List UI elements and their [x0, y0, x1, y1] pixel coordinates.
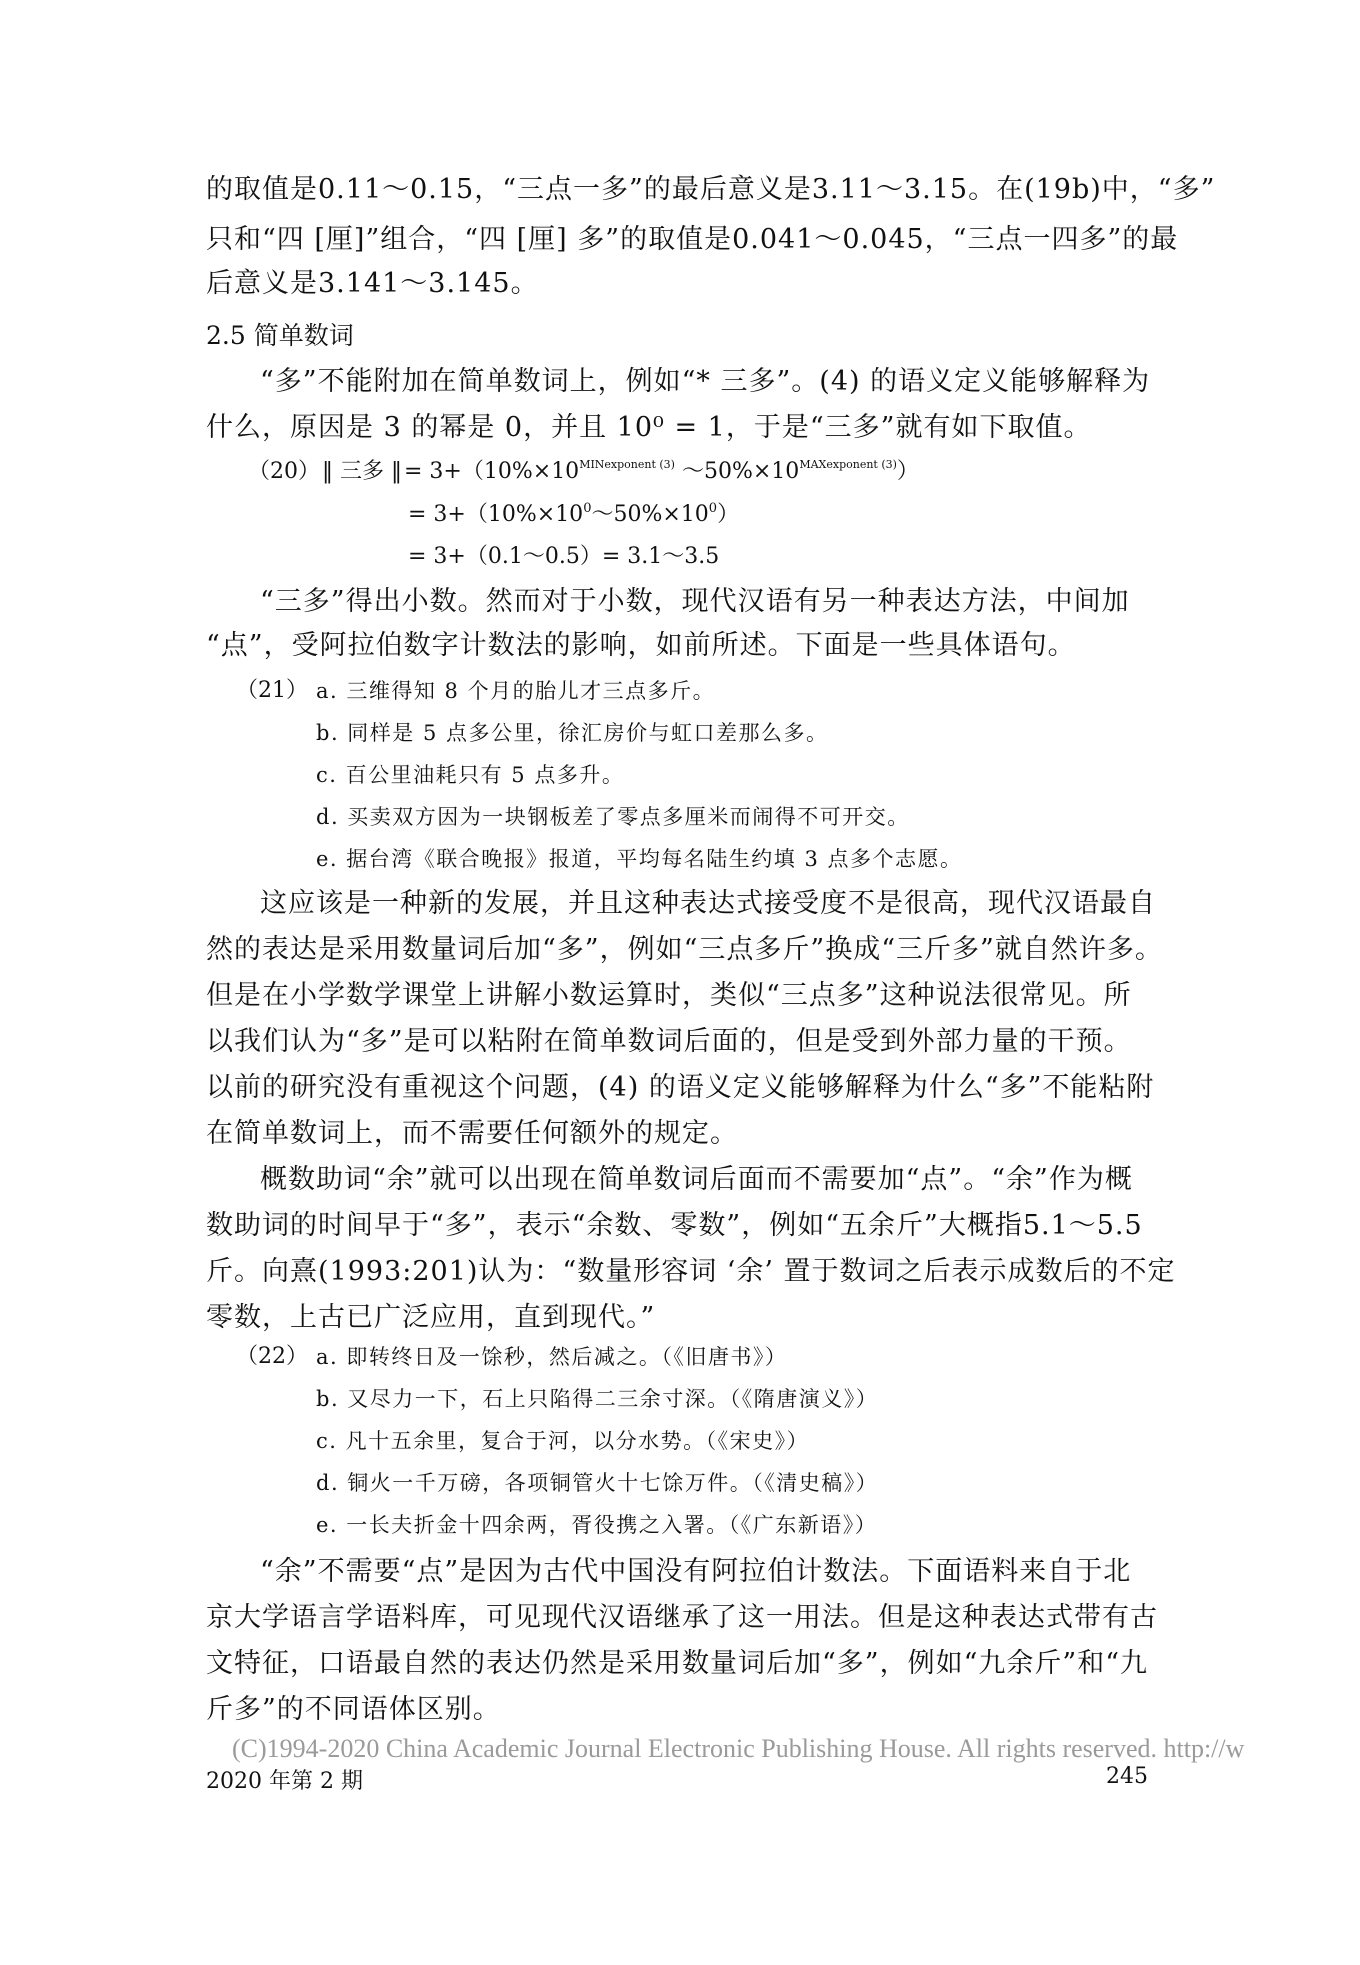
example-item: c. 凡十五余里，复合于河，以分水势。（《宋史》）	[316, 1426, 809, 1456]
text-line: “多”不能附加在简单数词上，例如“* 三多”。(4) 的语义定义能够解释为	[260, 362, 1152, 402]
text-line: 京大学语言学语料库，可见现代汉语继承了这一用法。但是这种表达式带有古	[206, 1598, 1152, 1638]
text-line: 后意义是3.141～3.145。	[206, 264, 1152, 304]
journal-issue: 2020 年第 2 期	[206, 1764, 363, 1795]
formula-line-1: = 3+（10%×10MINexponent (3) ～50%×10MAXexp…	[404, 457, 919, 487]
text-line: 以我们认为“多”是可以粘附在简单数词后面的，但是受到外部力量的干预。	[206, 1022, 1152, 1062]
example-item: b. 同样是 5 点多公里，徐汇房价与虹口差那么多。	[316, 718, 829, 748]
text-line: 数助词的时间早于“多”，表示“余数、零数”，例如“五余斤”大概指5.1～5.5	[206, 1206, 1152, 1246]
text-line: 在简单数词上，而不需要任何额外的规定。	[206, 1114, 1152, 1154]
document-page: 的取值是0.11～0.15，“三点一多”的最后意义是3.11～3.15。在(19…	[0, 0, 1360, 1965]
text-line: 的取值是0.11～0.15，“三点一多”的最后意义是3.11～3.15。在(19…	[206, 170, 1152, 210]
formula-line-3: = 3+（0.1～0.5）= 3.1～3.5	[408, 542, 719, 572]
text-line: 以前的研究没有重视这个问题，(4) 的语义定义能够解释为什么“多”不能粘附	[206, 1068, 1152, 1108]
text-line: 文特征，口语最自然的表达仍然是采用数量词后加“多”，例如“九余斤”和“九	[206, 1644, 1152, 1684]
example-item: e. 一长夫折金十四余两，胥役携之入署。（《广东新语》）	[316, 1510, 877, 1540]
text-line: 但是在小学数学课堂上讲解小数运算时，类似“三点多”这种说法很常见。所	[206, 976, 1152, 1016]
example-number: （21）	[236, 676, 308, 706]
text-line: “余”不需要“点”是因为古代中国没有阿拉伯计数法。下面语料来自于北	[260, 1552, 1152, 1592]
example-item: d. 买卖双方因为一块钢板差了零点多厘米而闹得不可开交。	[316, 802, 910, 832]
formula-line-2: = 3+（10%×100～50%×100）	[408, 500, 739, 530]
text-line: 概数助词“余”就可以出现在简单数词后面而不需要加“点”。“余”作为概	[260, 1160, 1152, 1200]
example-item: a. 即转终日及一馀秒，然后减之。（《旧唐书》）	[316, 1342, 787, 1372]
example-number: （20）	[248, 457, 320, 487]
example-item: c. 百公里油耗只有 5 点多升。	[316, 760, 624, 790]
section-heading: 2.5 简单数词	[206, 318, 354, 354]
example-item: e. 据台湾《联合晚报》报道，平均每名陆生约填 3 点多个志愿。	[316, 844, 963, 874]
example-item: d. 铜火一千万磅，各项铜管火十七馀万件。（《清史稿》）	[316, 1468, 878, 1498]
formula-lhs: ‖ 三多 ‖	[322, 457, 402, 487]
text-line: 斤多”的不同语体区别。	[206, 1690, 1152, 1730]
example-item: a. 三维得知 8 个月的胎儿才三点多斤。	[316, 676, 715, 706]
text-line: “点”，受阿拉伯数字计数法的影响，如前所述。下面是一些具体语句。	[206, 626, 1152, 666]
text-line: 斤。向熹(1993:201)认为：“数量形容词 ‘余’ 置于数词之后表示成数后的…	[206, 1252, 1152, 1292]
text-line: 什么，原因是 3 的幂是 0，并且 10⁰ = 1，于是“三多”就有如下取值。	[206, 408, 1152, 448]
text-line: 这应该是一种新的发展，并且这种表达式接受度不是很高，现代汉语最自	[260, 884, 1152, 924]
example-item: b. 又尽力一下，石上只陷得二三余寸深。（《隋唐演义》）	[316, 1384, 878, 1414]
text-line: 然的表达是采用数量词后加“多”，例如“三点多斤”换成“三斤多”就自然许多。	[206, 930, 1152, 970]
text-line: 零数，上古已广泛应用，直到现代。”	[206, 1298, 1152, 1338]
text-line: 只和“四 [厘]”组合，“四 [厘] 多”的取值是0.041～0.045，“三点…	[206, 220, 1152, 260]
example-number: （22）	[236, 1342, 308, 1372]
copyright-notice: (C)1994-2020 China Academic Journal Elec…	[232, 1734, 1244, 1764]
text-line: “三多”得出小数。然而对于小数，现代汉语有另一种表达方法，中间加	[260, 582, 1152, 622]
page-number: 245	[1106, 1764, 1148, 1789]
